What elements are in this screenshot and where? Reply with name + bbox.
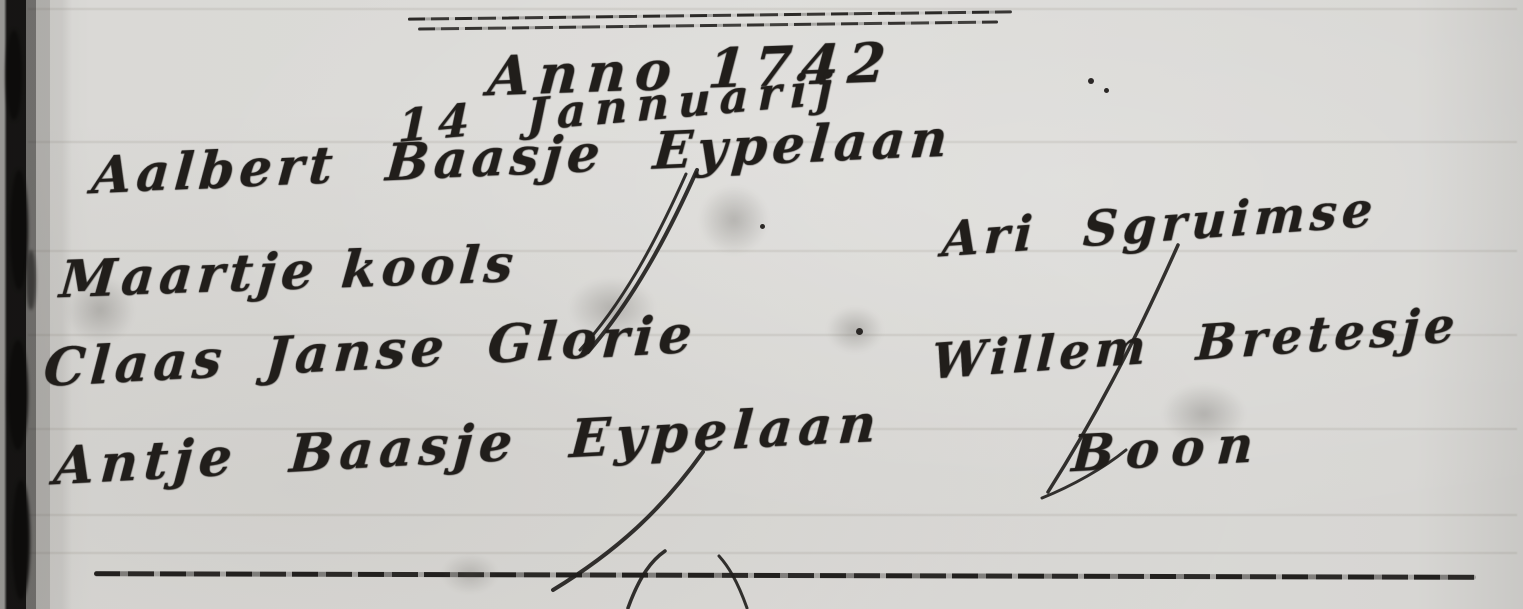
- name-line-left-4: Antje Baasje Eypelaan: [52, 392, 884, 497]
- binding-smudge: [12, 480, 30, 600]
- ruled-line: [28, 552, 1517, 554]
- ruled-line: [28, 8, 1517, 10]
- ink-stain: [686, 172, 782, 268]
- pen-flourish: [719, 556, 747, 608]
- ink-stain: [430, 546, 510, 602]
- name-line-right-3: Boon: [1070, 414, 1267, 483]
- binding-smudge: [8, 340, 28, 450]
- top-double-rule: [408, 10, 1012, 30]
- rule-line: [408, 10, 1012, 20]
- name-line-right-1: Ari Sgruimse: [941, 181, 1379, 268]
- ink-speck: [1088, 78, 1094, 84]
- ink-stain: [816, 298, 894, 362]
- name-line-left-2: Maartje kools: [57, 234, 520, 310]
- binding-smudge: [26, 250, 36, 310]
- binding-smudge: [6, 30, 22, 120]
- pen-flourish: [628, 551, 665, 608]
- pen-flourish: [553, 452, 703, 590]
- ink-speck: [856, 328, 863, 335]
- bottom-rule: [94, 571, 1476, 580]
- rule-line: [418, 20, 998, 30]
- register-page-scan: Anno 1742 14 Jannuarij Aalbert Baasje Ey…: [0, 0, 1523, 609]
- ruled-line: [28, 514, 1517, 516]
- ink-speck: [760, 224, 765, 229]
- ink-speck: [1104, 88, 1109, 93]
